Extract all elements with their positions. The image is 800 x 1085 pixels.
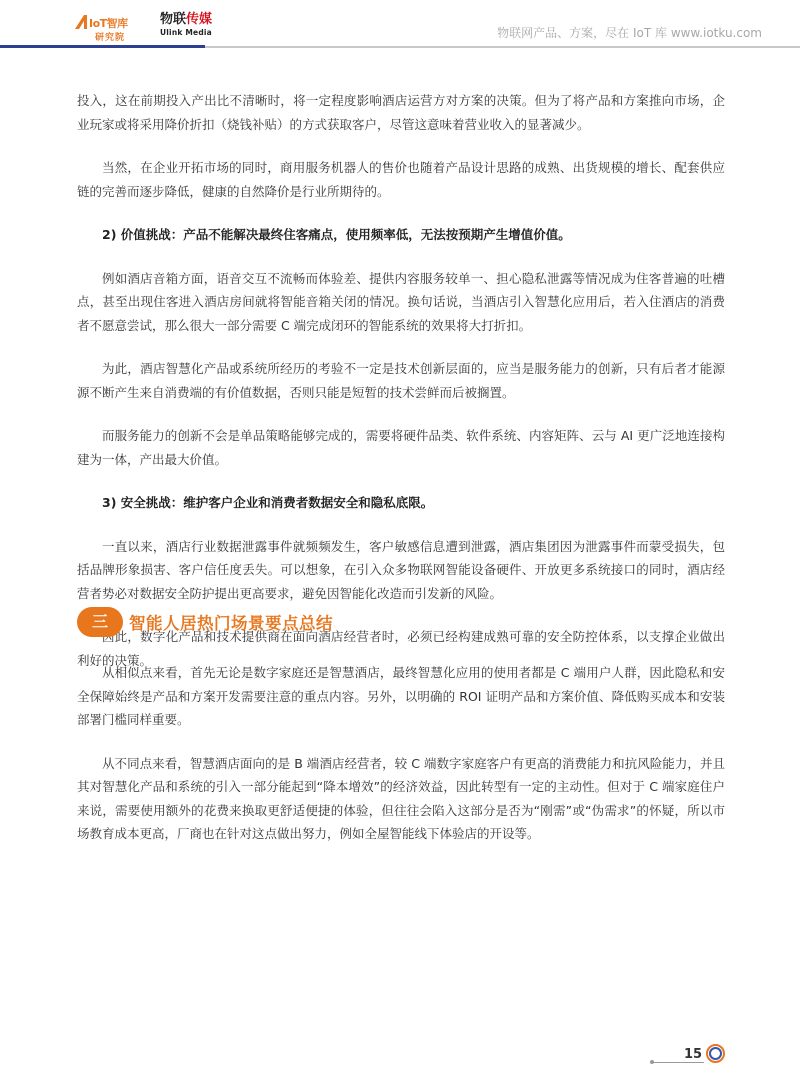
subheading-value-challenge: 2) 价值挑战：产品不能解决最终住客痛点，使用频率低，无法按预期产生增值价值。 xyxy=(77,223,725,247)
header-tagline: 物联网产品、方案，尽在 IoT 库 www.iotku.com xyxy=(497,24,762,41)
page-header: IoT智库 研究院 物联传媒 Ulink Media 物联网产品、方案，尽在 I… xyxy=(0,0,800,48)
ulink-logo-text-b: 传媒 xyxy=(186,12,212,27)
paragraph: 从不同点来看，智慧酒店面向的是 B 端酒店经营者，较 C 端数字家庭客户有更高的… xyxy=(77,752,725,846)
aiot-logo-mark-icon xyxy=(75,15,89,29)
paragraph: 投入，这在前期投入产出比不清晰时，将一定程度影响酒店运营方对方案的决策。但为了将… xyxy=(77,89,725,136)
aiot-logo-text: IoT智库 xyxy=(89,15,128,31)
paragraph: 一直以来，酒店行业数据泄露事件就频频发生，客户敏感信息遭到泄露，酒店集团因为泄露… xyxy=(77,535,725,606)
ulink-media-logo: 物联传媒 Ulink Media xyxy=(160,13,240,43)
summary-content: 从相似点来看，首先无论是数字家庭还是智慧酒店，最终智慧化应用的使用者都是 C 端… xyxy=(77,661,725,866)
header-rule xyxy=(205,46,800,48)
aiot-logo-subtext: 研究院 xyxy=(95,30,125,43)
paragraph: 例如酒店音箱方面，语音交互不流畅而体验差、提供内容服务较单一、担心隐私泄露等情况… xyxy=(77,267,725,338)
subheading-security-challenge: 3) 安全挑战：维护客户企业和消费者数据安全和隐私底限。 xyxy=(77,491,725,515)
aiot-logo: IoT智库 研究院 xyxy=(75,13,145,43)
footer-rule xyxy=(652,1062,704,1063)
section-title: 智能人居热门场景要点总结 xyxy=(129,610,333,634)
page-number: 15 xyxy=(684,1047,702,1062)
ulink-logo-text-a: 物联 xyxy=(160,12,186,27)
paragraph: 为此，酒店智慧化产品或系统所经历的考验不一定是技术创新层面的，应当是服务能力的创… xyxy=(77,357,725,404)
body-content: 投入，这在前期投入产出比不清晰时，将一定程度影响酒店运营方对方案的决策。但为了将… xyxy=(77,89,725,692)
paragraph: 而服务能力的创新不会是单品策略能够完成的，需要将硬件品类、软件系统、内容矩阵、云… xyxy=(77,424,725,471)
section-header: 三 智能人居热门场景要点总结 xyxy=(77,607,477,637)
header-rule-accent xyxy=(0,45,205,48)
ring-logo-icon xyxy=(706,1044,725,1063)
page-footer: 15 xyxy=(650,1040,750,1070)
paragraph: 从相似点来看，首先无论是数字家庭还是智慧酒店，最终智慧化应用的使用者都是 C 端… xyxy=(77,661,725,732)
section-number-badge: 三 xyxy=(77,607,123,637)
paragraph: 当然，在企业开拓市场的同时，商用服务机器人的售价也随着产品设计思路的成熟、出货规… xyxy=(77,156,725,203)
ulink-logo-subtext: Ulink Media xyxy=(160,28,240,37)
